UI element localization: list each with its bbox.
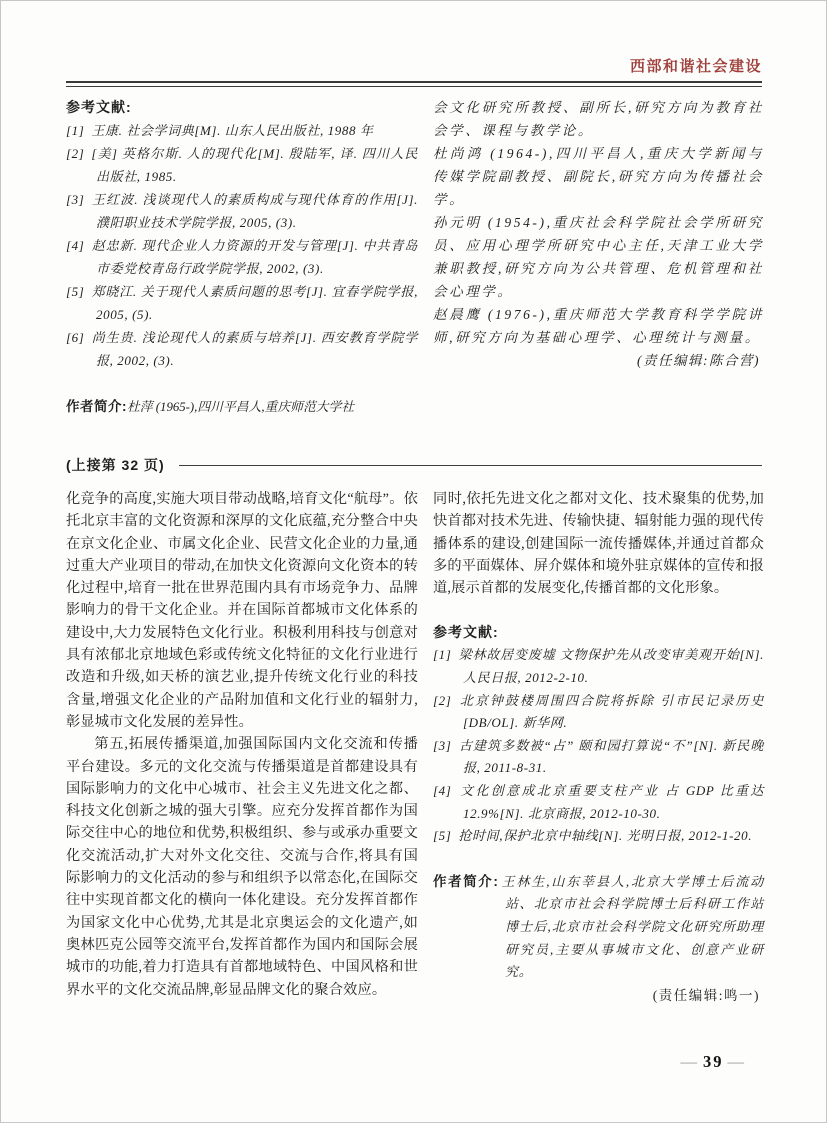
author-intro-label: 作者简介: bbox=[433, 874, 498, 889]
author-intro-line: 作者简介:杜萍 (1965-),四川平昌人,重庆师范大学社 bbox=[66, 395, 418, 419]
continuation-note: (上接第 32 页) bbox=[66, 455, 165, 475]
reference-marker: [2] bbox=[433, 693, 451, 708]
reference-list: [1]王康. 社会学词典[M]. 山东人民出版社, 1988 年 [2][美] … bbox=[66, 119, 418, 372]
reference-text: 抢时间,保护北京中轴线[N]. 光明日报, 2012-1-20. bbox=[458, 828, 752, 843]
reference-item: [3]王红波. 浅谈现代人的素质构成与现代体育的作用[J]. 濮阳职业技术学院学… bbox=[66, 188, 418, 234]
reference-item: [5]郑晓江. 关于现代人素质问题的思考[J]. 宜春学院学报, 2005, (… bbox=[66, 280, 418, 326]
top-section: 参考文献: [1]王康. 社会学词典[M]. 山东人民出版社, 1988 年 [… bbox=[66, 96, 762, 419]
reference-marker: [3] bbox=[433, 738, 451, 753]
reference-item: [2]北京钟鼓楼周围四合院将拆除 引市民记录历史[DB/OL]. 新华网. bbox=[433, 690, 764, 735]
body-right-column: 同时,依托先进文化之都对文化、技术聚集的优势,加快首都对技术先进、传输快捷、辐射… bbox=[433, 488, 764, 1007]
reference-item: [1]王康. 社会学词典[M]. 山东人民出版社, 1988 年 bbox=[66, 119, 418, 142]
continuation-divider: (上接第 32 页) bbox=[66, 455, 762, 475]
bio-paragraph: 会文化研究所教授、副所长,研究方向为教育社会学、课程与教学论。 bbox=[433, 96, 764, 142]
top-right-column: 会文化研究所教授、副所长,研究方向为教育社会学、课程与教学论。 杜尚鸿 (196… bbox=[433, 96, 764, 419]
reference-text: 王康. 社会学词典[M]. 山东人民出版社, 1988 年 bbox=[91, 123, 373, 138]
body-section: 化竞争的高度,实施大项目带动战略,培育文化“航母”。依托北京丰富的文化资源和深厚… bbox=[66, 488, 762, 1007]
reference-text: 梁林故居变废墟 文物保护先从改变审美观开始[N]. 人民日报, 2012-2-1… bbox=[458, 647, 764, 685]
reference-text: 古建筑多数被“占” 颐和园打算说“不”[N]. 新民晚报, 2011-8-31. bbox=[458, 738, 764, 776]
body-paragraph: 化竞争的高度,实施大项目带动战略,培育文化“航母”。依托北京丰富的文化资源和深厚… bbox=[66, 488, 418, 733]
author-intro-block: 作者简介:王林生,山东莘县人,北京大学博士后流动站、北京市社会科学院博士后科研工… bbox=[433, 871, 764, 984]
bio-paragraph: 杜尚鸿 (1964-),四川平昌人,重庆大学新闻与传媒学院副教授、副院长,研究方… bbox=[433, 142, 764, 211]
body-left-column: 化竞争的高度,实施大项目带动战略,培育文化“航母”。依托北京丰富的文化资源和深厚… bbox=[66, 488, 418, 1007]
reference-item: [4]赵忠新. 现代企业人力资源的开发与管理[J]. 中共青岛市委党校青岛行政学… bbox=[66, 234, 418, 280]
reference-text: 尚生贵. 浅论现代人的素质与培养[J]. 西安教育学院学报, 2002, (3)… bbox=[91, 330, 418, 368]
reference-text: 文化创意成北京重要支柱产业 占 GDP 比重达 12.9%[N]. 北京商报, … bbox=[458, 783, 764, 821]
reference-list: [1]梁林故居变废墟 文物保护先从改变审美观开始[N]. 人民日报, 2012-… bbox=[433, 644, 764, 847]
references-heading: 参考文献: bbox=[433, 621, 764, 644]
editor-note: (责任编辑:陈合营) bbox=[433, 349, 764, 372]
reference-marker: [5] bbox=[66, 284, 84, 299]
body-paragraph: 同时,依托先进文化之都对文化、技术聚集的优势,加快首都对技术先进、传输快捷、辐射… bbox=[433, 488, 764, 599]
reference-item: [3]古建筑多数被“占” 颐和园打算说“不”[N]. 新民晚报, 2011-8-… bbox=[433, 735, 764, 780]
bio-paragraph: 孙元明 (1954-),重庆社会科学院社会学所研究员、应用心理学所研究中心主任,… bbox=[433, 211, 764, 303]
running-head: 西部和谐社会建设 bbox=[66, 55, 762, 76]
body-paragraph: 第五,拓展传播渠道,加强国际国内文化交流和传播平台建设。多元的文化交流与传播渠道… bbox=[66, 733, 418, 1001]
divider-line bbox=[179, 465, 762, 466]
bio-paragraph: 赵晨鹰 (1976-),重庆师范大学教育科学学院讲师,研究方向为基础心理学、心理… bbox=[433, 303, 764, 349]
references-heading: 参考文献: bbox=[66, 96, 418, 119]
reference-marker: [3] bbox=[66, 192, 84, 207]
top-left-column: 参考文献: [1]王康. 社会学词典[M]. 山东人民出版社, 1988 年 [… bbox=[66, 96, 418, 419]
page-number-right-dash: — bbox=[728, 1052, 747, 1071]
journal-page: 西部和谐社会建设 参考文献: [1]王康. 社会学词典[M]. 山东人民出版社,… bbox=[0, 0, 827, 1123]
page-number: —39— bbox=[681, 1052, 747, 1072]
author-intro-text: 王林生,山东莘县人,北京大学博士后流动站、北京市社会科学院博士后科研工作站博士后… bbox=[500, 874, 764, 979]
reference-marker: [1] bbox=[66, 123, 84, 138]
page-number-value: 39 bbox=[703, 1052, 724, 1071]
reference-item: [5]抢时间,保护北京中轴线[N]. 光明日报, 2012-1-20. bbox=[433, 825, 764, 848]
reference-item: [1]梁林故居变废墟 文物保护先从改变审美观开始[N]. 人民日报, 2012-… bbox=[433, 644, 764, 689]
page-number-left-dash: — bbox=[681, 1052, 700, 1071]
reference-marker: [1] bbox=[433, 647, 451, 662]
reference-marker: [2] bbox=[66, 146, 84, 161]
reference-item: [4]文化创意成北京重要支柱产业 占 GDP 比重达 12.9%[N]. 北京商… bbox=[433, 780, 764, 825]
reference-text: 北京钟鼓楼周围四合院将拆除 引市民记录历史[DB/OL]. 新华网. bbox=[458, 693, 764, 731]
author-intro-label: 作者简介: bbox=[66, 399, 127, 414]
reference-item: [6]尚生贵. 浅论现代人的素质与培养[J]. 西安教育学院学报, 2002, … bbox=[66, 326, 418, 372]
header-double-rule bbox=[66, 81, 762, 87]
reference-marker: [4] bbox=[66, 238, 84, 253]
bio-paragraphs: 会文化研究所教授、副所长,研究方向为教育社会学、课程与教学论。 杜尚鸿 (196… bbox=[433, 96, 764, 349]
author-intro-text: 杜萍 (1965-),四川平昌人,重庆师范大学社 bbox=[127, 400, 354, 414]
reference-text: 王红波. 浅谈现代人的素质构成与现代体育的作用[J]. 濮阳职业技术学院学报, … bbox=[91, 192, 418, 230]
reference-text: [美] 英格尔斯. 人的现代化[M]. 殷陆军, 译. 四川人民出版社, 198… bbox=[91, 146, 418, 184]
editor-note: (责任编辑:鸣一) bbox=[433, 984, 764, 1007]
reference-marker: [5] bbox=[433, 828, 451, 843]
reference-text: 赵忠新. 现代企业人力资源的开发与管理[J]. 中共青岛市委党校青岛行政学院学报… bbox=[91, 238, 418, 276]
reference-text: 郑晓江. 关于现代人素质问题的思考[J]. 宜春学院学报, 2005, (5). bbox=[91, 284, 418, 322]
reference-marker: [4] bbox=[433, 783, 451, 798]
reference-item: [2][美] 英格尔斯. 人的现代化[M]. 殷陆军, 译. 四川人民出版社, … bbox=[66, 142, 418, 188]
reference-marker: [6] bbox=[66, 330, 84, 345]
